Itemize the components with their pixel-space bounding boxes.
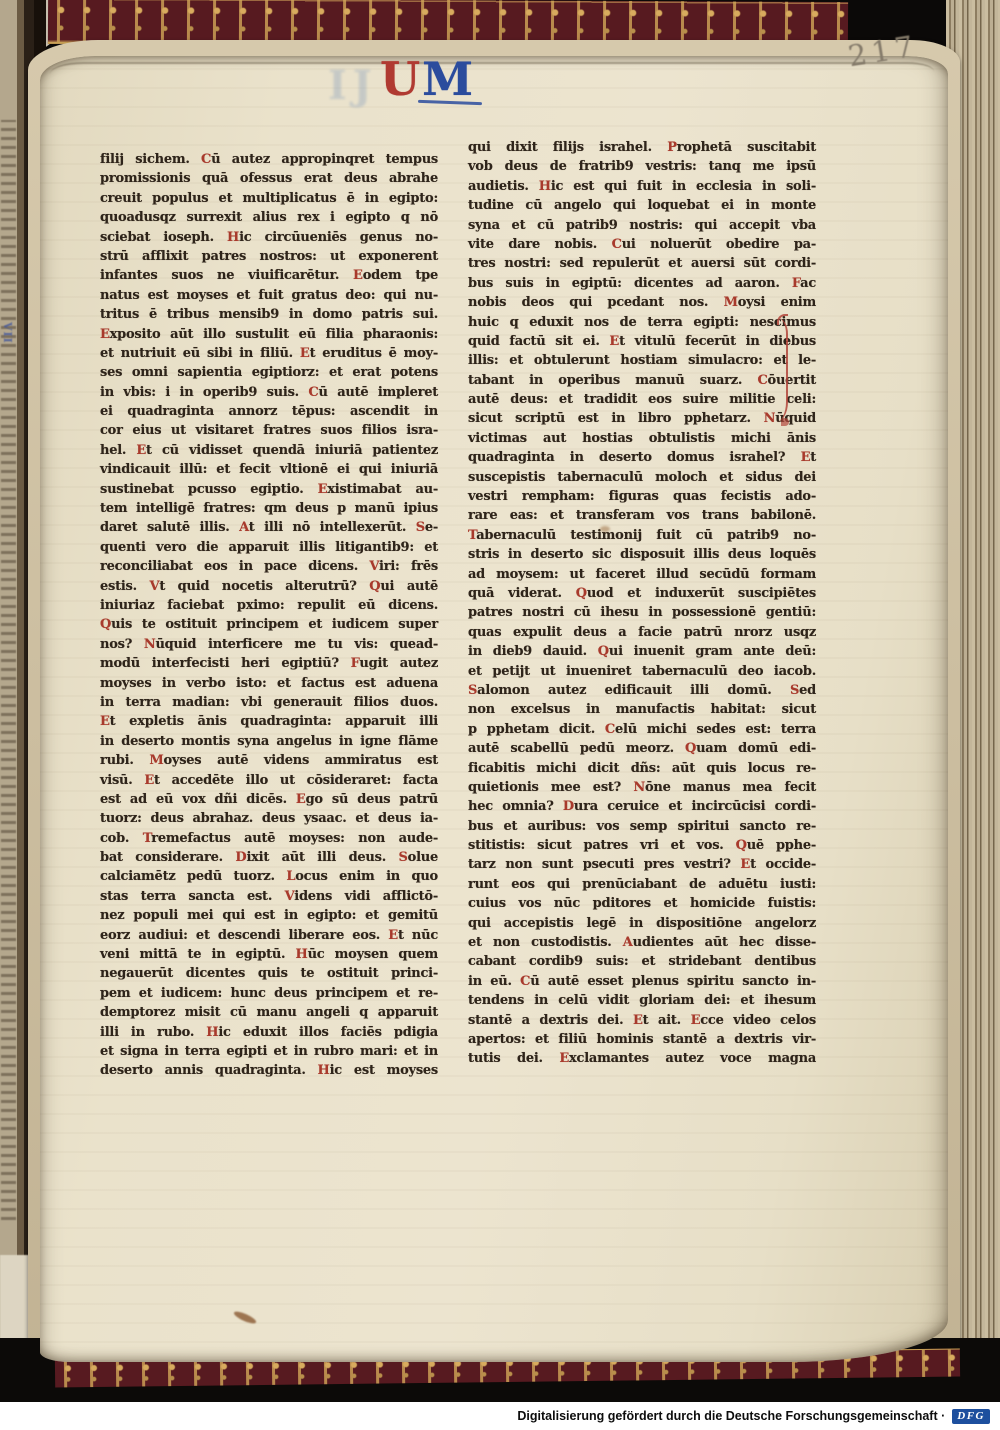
text-line: patres nostri cū ihesu in possessionē ge… [468, 603, 816, 622]
text-column-right: qui dixit filijs israhel. Prophetā susci… [468, 138, 816, 1069]
text-line: stantē a dextris dei. Et ait. Ecce video… [468, 1011, 816, 1030]
text-line: quas expulit deus a facie patrū nrorz us… [468, 623, 816, 642]
text-line: stitistis: sicut patres vri et vos. Quē … [468, 836, 816, 855]
text-line: bat considerare. Dixit aūt illi deus. So… [100, 848, 438, 867]
rubric-initial: T [143, 831, 151, 846]
rubric-initial: C [757, 373, 767, 388]
rubric-initial: E [144, 773, 154, 788]
running-title-ghost: IJ [328, 62, 378, 109]
text-line: hel. Et cū vidisset quendā iniuriā patie… [100, 441, 438, 460]
text-line: vob deus de fratrib9 vestris: tanq me ip… [468, 157, 816, 176]
text-line: ficabitis michi dicit dñs: aūt quis locu… [468, 759, 816, 778]
text-line: ses omni sapientia egiptiorz: et erat po… [100, 363, 438, 382]
rubric-initial: E [609, 334, 619, 349]
rubric-initial: A [239, 520, 249, 535]
parchment-stain [233, 1309, 258, 1325]
text-line: illi in rubo. Hic eduxit illos faciēs pd… [100, 1023, 438, 1042]
rubric-initial: E [318, 482, 328, 497]
rubric-initial: H [227, 230, 239, 245]
rubric-initial: D [235, 850, 246, 865]
rubric-initial: E [740, 857, 750, 872]
running-title-letter-red: U [380, 52, 422, 106]
rubric-initial: H [539, 179, 551, 194]
rubric-initial: E [691, 1013, 701, 1028]
text-line: bus et auribus: vos semp spiritui sancto… [468, 817, 816, 836]
text-line: filij sichem. Cū autez appropinqret temp… [100, 150, 438, 169]
text-line: syna et cū patrib9 nostris: qui accepit … [468, 216, 816, 235]
text-line: ei quadraginta annorz tēpus: ascendit in [100, 402, 438, 421]
rubric-initial: E [633, 1013, 643, 1028]
text-line: estis. Vt quid nocetis alterutrū? Qui au… [100, 577, 438, 596]
rubric-initial: Q [685, 741, 696, 756]
text-line: illis: et obtulerunt hostiam simulacro: … [468, 351, 816, 370]
text-line: qui accepistis legē in dispositiōne ange… [468, 914, 816, 933]
text-line: victimas aut hostias obtulistis michi ān… [468, 429, 816, 448]
text-line: vindicauit illū: et fecit vltionē ei qui… [100, 460, 438, 479]
rubric-initial: E [559, 1051, 569, 1066]
text-line: et nutriuit eū sibi in filiū. Et eruditu… [100, 344, 438, 363]
text-line: Salomon autez edificauit illi domū. Sed [468, 681, 816, 700]
rubric-initial: S [468, 683, 477, 698]
rubric-initial: M [149, 753, 163, 768]
text-line: et petijt ut inueniret tabernaculū deo i… [468, 662, 816, 681]
text-line: apertos: et filiū hominis stantē a dextr… [468, 1030, 816, 1049]
rubric-initial: V [149, 579, 159, 594]
text-line: rare eas: et transferam vos trans babilo… [468, 506, 816, 525]
dfg-logo: DFG [952, 1409, 990, 1424]
text-line: quid factū sit ei. Et vitulū fecerūt in … [468, 332, 816, 351]
text-line: stris in deserto sic disposuit illis deu… [468, 545, 816, 564]
text-line: calciamētz pedū tuorz. Locus enim in quo [100, 867, 438, 886]
rubric-initial: Q [576, 586, 587, 601]
text-line: in dieb9 dauid. Qui inuenit gram ante de… [468, 642, 816, 661]
text-line: tarz non sunt psecuti pres vestri? Et oc… [468, 855, 816, 874]
text-line: rubi. Moyses autē videns ammiratus est [100, 751, 438, 770]
rubric-margin-mark [772, 318, 788, 422]
text-line: runt eos qui prenūciabant de aduētu iust… [468, 875, 816, 894]
text-line: in terra madian: vbi generauit filios du… [100, 693, 438, 712]
text-line: hec omnia? Dura ceruice et incircūcisi c… [468, 797, 816, 816]
rubric-initial: V [285, 889, 295, 904]
text-line: sicut scriptū est in libro pphetarz. Nūq… [468, 409, 816, 428]
text-line: suscepistis tabernaculū moloch et sidus … [468, 468, 816, 487]
rubric-initial: C [520, 974, 530, 989]
manuscript-page: IJ UM filij sichem. Cū autez appropinqre… [40, 56, 948, 1362]
scanned-book-view: VII IJ UM filij sichem. Cū autez appropi… [0, 0, 1000, 1430]
rubric-initial: C [605, 722, 615, 737]
rubric-initial: A [623, 935, 633, 950]
text-line: qui dixit filijs israhel. Prophetā susci… [468, 138, 816, 157]
text-line: et non custodistis. Audientes aūt hec di… [468, 933, 816, 952]
rubric-initial: V [369, 559, 379, 574]
text-line: in eū. Cū autē esset plenus spiritu sanc… [468, 972, 816, 991]
rubric-initial: Q [369, 579, 380, 594]
text-line: ad moysem: ut faceret illud secūdū forma… [468, 565, 816, 584]
text-line: nobis deos qui pcedant nos. Moysi enim [468, 293, 816, 312]
text-line: non excelsus in manufactis habitat: sicu… [468, 700, 816, 719]
rubric-initial: N [144, 637, 156, 652]
rubric-initial: Q [736, 838, 747, 853]
text-line: eorz audiui: et descendi liberare eos. E… [100, 926, 438, 945]
text-line: sciebat ioseph. Hic circūueniēs genus no… [100, 228, 438, 247]
rubric-initial: C [612, 237, 622, 252]
text-column-left: filij sichem. Cū autez appropinqret temp… [100, 150, 438, 1081]
text-line: moyses in verbo isto: et factus est adue… [100, 674, 438, 693]
text-line: stas terra sancta est. Videns vidi affli… [100, 887, 438, 906]
text-line: cabant cordib9 suis: et stridebant denti… [468, 952, 816, 971]
rubric-initial: E [801, 450, 811, 465]
text-line: tuorz: deus abrahaz. deus ysaac. et deus… [100, 809, 438, 828]
running-title: UM [380, 56, 475, 102]
text-line: et signa in terra egipti et in rubro mar… [100, 1042, 438, 1061]
text-line: cob. Tremefactus autē moyses: non aude- [100, 829, 438, 848]
text-line: p pphetam dicit. Celū michi sedes est: t… [468, 720, 816, 739]
rubric-initial: S [416, 520, 425, 535]
text-line: quoadusqz surrexit alius rex i egipto q … [100, 208, 438, 227]
text-line: Exposito aūt illo sustulit eū filia phar… [100, 325, 438, 344]
rubric-initial: H [296, 947, 308, 962]
rubric-initial: S [399, 850, 408, 865]
text-line: modū interfecisti heri egiptiū? Fugit au… [100, 654, 438, 673]
rubric-initial: N [633, 780, 645, 795]
rubric-initial: E [100, 327, 110, 342]
rubric-initial: E [353, 268, 363, 283]
rubric-initial: C [308, 385, 318, 400]
text-line: tudine cū angelo qui loquebat ei in mont… [468, 196, 816, 215]
rubric-initial: E [136, 443, 146, 458]
text-line: est ad eū vox dñi dicēs. Ego sū deus pat… [100, 790, 438, 809]
dfg-credit-text: Digitalisierung gefördert durch die Deut… [517, 1409, 945, 1423]
text-line: Et expletis ānis quadraginta: apparuit i… [100, 712, 438, 731]
text-line: tres nostri: sed repulerūt et auersi sūt… [468, 254, 816, 273]
text-line: creuit populus et multiplicatus ē in egi… [100, 189, 438, 208]
rubric-initial: L [286, 869, 295, 884]
rubric-initial: C [201, 152, 211, 167]
rubric-initial: T [468, 528, 476, 543]
rubric-initial: S [790, 683, 799, 698]
text-line: autē deus: et tradidit eos suire militie… [468, 390, 816, 409]
text-line: quietionis mee est? Nōne manus mea fecit [468, 778, 816, 797]
text-line: tendens in celū vidit gloriam dei: et ih… [468, 991, 816, 1010]
text-line: nez populi mei qui est in egipto: et gem… [100, 906, 438, 925]
text-line: deserto annis quadraginta. Hic est moyse… [100, 1061, 438, 1080]
text-line: tritus ē tribus mensib9 in domo patris s… [100, 305, 438, 324]
rubric-initial: F [351, 656, 360, 671]
text-line: tutis dei. Exclamantes autez voce magna [468, 1049, 816, 1068]
rubric-initial: E [296, 792, 306, 807]
text-line: in vbis: i in operib9 suis. Cū autē impl… [100, 383, 438, 402]
text-line: cor eius ut visitaret fratres suos filio… [100, 421, 438, 440]
text-line: sustinebat pcusso egiptio. Existimabat a… [100, 480, 438, 499]
text-line: vite dare nobis. Cui noluerūt obedire pa… [468, 235, 816, 254]
rubric-initial: E [300, 346, 310, 361]
rubric-initial: F [792, 276, 800, 291]
parchment-stain [600, 526, 610, 532]
rubric-initial: M [724, 295, 738, 310]
text-line: tabant in operibus manuū suarz. Cōuertit [468, 371, 816, 390]
text-line: daret salutē illis. At illi nō intellexe… [100, 518, 438, 537]
text-line: nos? Nūquid interficere me tu vis: quead… [100, 635, 438, 654]
rubric-initial: D [563, 799, 574, 814]
text-line: huic q eduxit nos de terra egipti: nesci… [468, 313, 816, 332]
dfg-credit-bar: Digitalisierung gefördert durch die Deut… [0, 1402, 1000, 1430]
rubric-initial: Q [100, 617, 111, 632]
text-line: iniuriaz faciebat pximo: repulit eū dice… [100, 596, 438, 615]
rubric-initial: H [318, 1063, 330, 1078]
text-line: negauerūt dicentes quis te ostituit prin… [100, 964, 438, 983]
text-line: autē scabellū pedū meorz. Quam domū edi- [468, 739, 816, 758]
text-line: bus suis in egiptū: dicentes ad aaron. F… [468, 274, 816, 293]
text-line: quenti vero die apparuit illis litiganti… [100, 538, 438, 557]
text-line: Quis te ostituit principem et iudicem su… [100, 615, 438, 634]
facing-page-numeral: VII [1, 322, 14, 344]
text-line: quā viderat. Quod et induxerūt suscipiēt… [468, 584, 816, 603]
rubric-initial: E [100, 714, 110, 729]
text-line: veni mittā te in egiptū. Hūc moysen quem [100, 945, 438, 964]
rubric-initial: E [388, 928, 398, 943]
text-line: Tabernaculū testimonij fuit cū patrib9 n… [468, 526, 816, 545]
text-line: audietis. Hic est qui fuit in ecclesia i… [468, 177, 816, 196]
text-line: infantes suos ne viuificarētur. Eodem tp… [100, 266, 438, 285]
text-line: strū afflixit patres nostros: ut exponer… [100, 247, 438, 266]
rubric-initial: P [667, 140, 677, 155]
text-line: visū. Et accedēte illo ut cōsideraret: f… [100, 771, 438, 790]
text-line: pem et iudicem: hunc deus principem et r… [100, 984, 438, 1003]
text-line: demptorez misit cū manu angeli q apparui… [100, 1003, 438, 1022]
text-line: promissionis quā ofessus erat deus abrah… [100, 169, 438, 188]
running-title-letter-blue: M [422, 52, 475, 106]
text-line: quadraginta in deserto domus israhel? Et [468, 448, 816, 467]
text-line: reconciliabat eos in pace dicens. Viri: … [100, 557, 438, 576]
text-line: natus est moyses et fuit gratus deo: qui… [100, 286, 438, 305]
text-line: cuius vos nūc pditores et homicide fuist… [468, 894, 816, 913]
rubric-initial: Q [598, 644, 609, 659]
text-line: vestri rempham: figuras quas fecistis ad… [468, 487, 816, 506]
text-line: in deserto montis syna angelus in igne f… [100, 732, 438, 751]
rubric-initial: H [206, 1025, 218, 1040]
text-line: tem intelligē fratres: qm deus p manū ip… [100, 499, 438, 518]
